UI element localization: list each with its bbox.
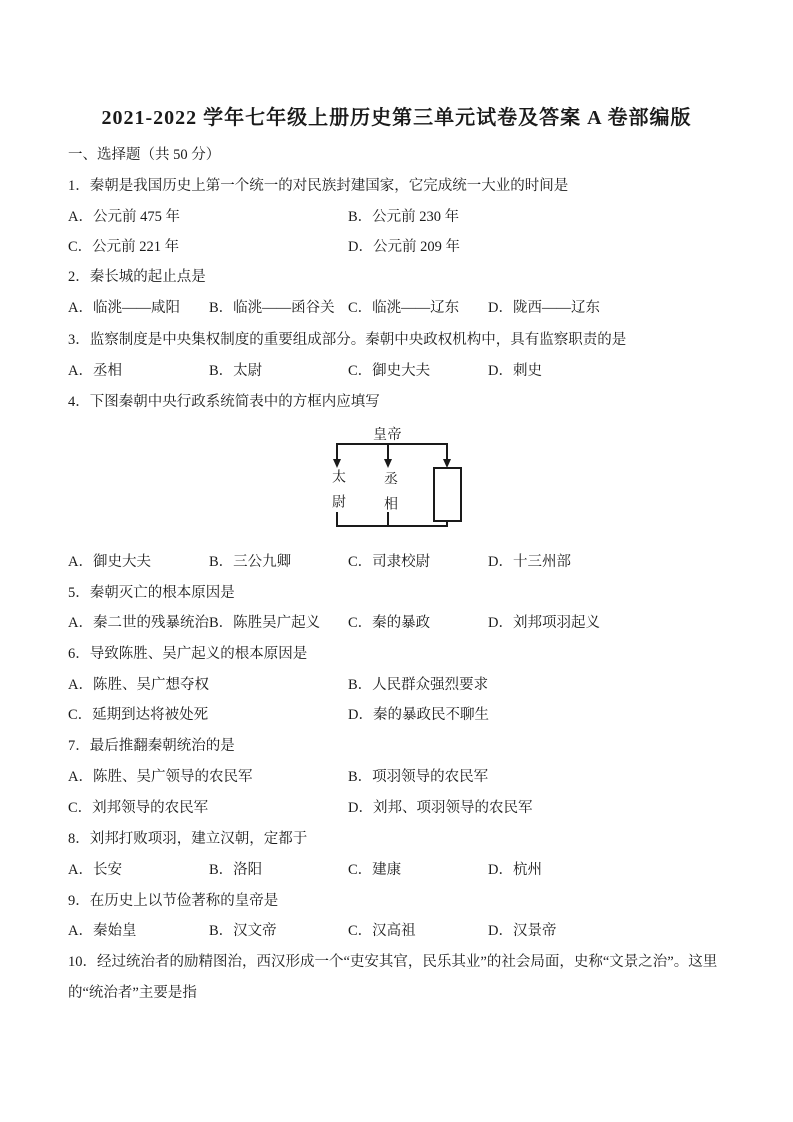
question-4-option-c: C．司隶校尉 xyxy=(348,553,430,571)
question-9-option-a: A．秦始皇 xyxy=(68,922,136,940)
question-5-option-d: D．刘邦项羽起义 xyxy=(488,614,600,632)
question-5-option-a: A．秦二世的残暴统治 xyxy=(68,614,209,632)
question-7-options-row-1: A．陈胜、吴广领导的农民军 B．项羽领导的农民军 xyxy=(68,768,768,788)
question-4-option-b: B．三公九卿 xyxy=(209,553,291,571)
org-chart-left-connector xyxy=(336,512,338,526)
question-10-stem-line-1: 10．经过统治者的励精图治，西汉形成一个“吏安其官，民乐其业”的社会局面，史称“… xyxy=(68,953,717,971)
org-chart-emperor-label: 皇帝 xyxy=(373,428,402,443)
answer-blank-box xyxy=(433,467,462,522)
question-9-option-c: C．汉高祖 xyxy=(348,922,416,940)
question-8-option-d: D．杭州 xyxy=(488,861,542,879)
question-7-option-d: D．刘邦、项羽领导的农民军 xyxy=(348,799,532,817)
question-5-option-b: B．陈胜吴广起义 xyxy=(209,614,320,632)
question-7-stem: 7．最后推翻秦朝统治的是 xyxy=(68,737,235,755)
question-7-option-a: A．陈胜、吴广领导的农民军 xyxy=(68,768,252,786)
exam-page: 2021-2022 学年七年级上册历史第三单元试卷及答案 A 卷部编版 一、选择… xyxy=(0,0,793,1122)
org-chart-bottom-line xyxy=(336,525,448,527)
question-6-option-b: B．人民群众强烈要求 xyxy=(348,676,488,694)
question-8-option-c: C．建康 xyxy=(348,861,401,879)
question-5-option-c: C．秦的暴政 xyxy=(348,614,430,632)
question-7-option-b: B．项羽领导的农民军 xyxy=(348,768,488,786)
question-4-options-row: A．御史大夫 B．三公九卿 C．司隶校尉 D．十三州部 xyxy=(68,553,768,573)
question-6-option-a: A．陈胜、吴广想夺权 xyxy=(68,676,209,694)
question-8-option-a: A．长安 xyxy=(68,861,122,879)
question-4-option-d: D．十三州部 xyxy=(488,553,571,571)
question-6-stem: 6．导致陈胜、吴广起义的根本原因是 xyxy=(68,645,307,663)
question-5-stem: 5．秦朝灭亡的根本原因是 xyxy=(68,584,235,602)
down-arrow-icon xyxy=(384,459,392,468)
down-arrow-icon xyxy=(333,459,341,468)
question-6-option-c: C．延期到达将被处死 xyxy=(68,706,208,724)
question-7-option-c: C．刘邦领导的农民军 xyxy=(68,799,208,817)
question-6-option-d: D．秦的暴政民不聊生 xyxy=(348,706,489,724)
question-8-stem: 8．刘邦打败项羽，建立汉朝，定都于 xyxy=(68,830,307,848)
question-6-options-row-2: C．延期到达将被处死 D．秦的暴政民不聊生 xyxy=(68,706,768,726)
question-9-options-row: A．秦始皇 B．汉文帝 C．汉高祖 D．汉景帝 xyxy=(68,922,768,942)
question-7-options-row-2: C．刘邦领导的农民军 D．刘邦、项羽领导的农民军 xyxy=(68,799,768,819)
question-10-stem-line-2: 的“统治者”主要是指 xyxy=(68,984,197,1002)
org-chart-center-connector xyxy=(387,512,389,526)
question-6-options-row-1: A．陈胜、吴广想夺权 B．人民群众强烈要求 xyxy=(68,676,768,696)
question-9-option-b: B．汉文帝 xyxy=(209,922,277,940)
question-9-stem: 9．在历史上以节俭著称的皇帝是 xyxy=(68,892,278,910)
org-chart-top-line xyxy=(336,443,448,445)
question-4-option-a: A．御史大夫 xyxy=(68,553,151,571)
question-9-option-d: D．汉景帝 xyxy=(488,922,556,940)
question-5-options-row: A．秦二世的残暴统治 B．陈胜吴广起义 C．秦的暴政 D．刘邦项羽起义 xyxy=(68,614,768,634)
question-8-options-row: A．长安 B．洛阳 C．建康 D．杭州 xyxy=(68,861,768,881)
org-chart-chengxiang-label: 丞相 xyxy=(382,471,396,521)
question-8-option-b: B．洛阳 xyxy=(209,861,262,879)
